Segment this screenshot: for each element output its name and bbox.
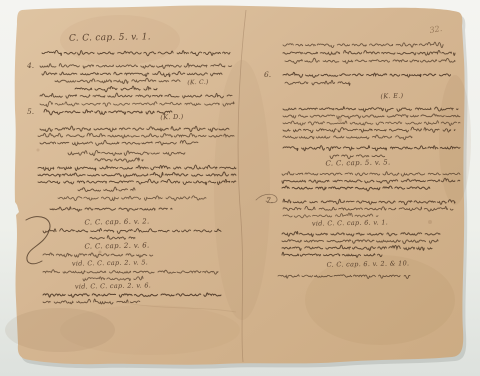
citation-heading: (K. C.): [187, 79, 209, 87]
citation-heading: C. C. cap. 5. v. 1.: [69, 32, 151, 43]
citation-heading: (K. E.): [380, 92, 403, 101]
margin-item-number: 6.: [264, 70, 271, 79]
manuscript-photo: C. C. cap. 5. v. 1.(K. C.)(K. D.)C. C. c…: [0, 0, 480, 376]
citation-heading: (K. D.): [160, 113, 184, 122]
margin-item-number: 7.: [266, 196, 273, 205]
citation-heading: C. C. cap. 2. v. 6.: [84, 241, 149, 250]
citation-heading: C. C. cap. 6. v. 2.: [84, 217, 149, 226]
citation-heading: vid. C. C. cap. 6. v. 1.: [312, 218, 388, 227]
citation-heading: vid. C. C. cap. 2. v. 6.: [75, 281, 151, 290]
citation-heading: C. C. cap. 6. v. 2. & 10.: [326, 259, 409, 268]
margin-item-number: 4.: [26, 61, 34, 70]
manuscript-canvas: C. C. cap. 5. v. 1.(K. C.)(K. D.)C. C. c…: [0, 0, 480, 376]
margin-item-number: 5.: [27, 107, 34, 116]
citation-heading: C. C. cap. 5. v. 5.: [325, 158, 390, 167]
citation-heading: vid. C. C. cap. 2. v. 5.: [72, 258, 148, 267]
